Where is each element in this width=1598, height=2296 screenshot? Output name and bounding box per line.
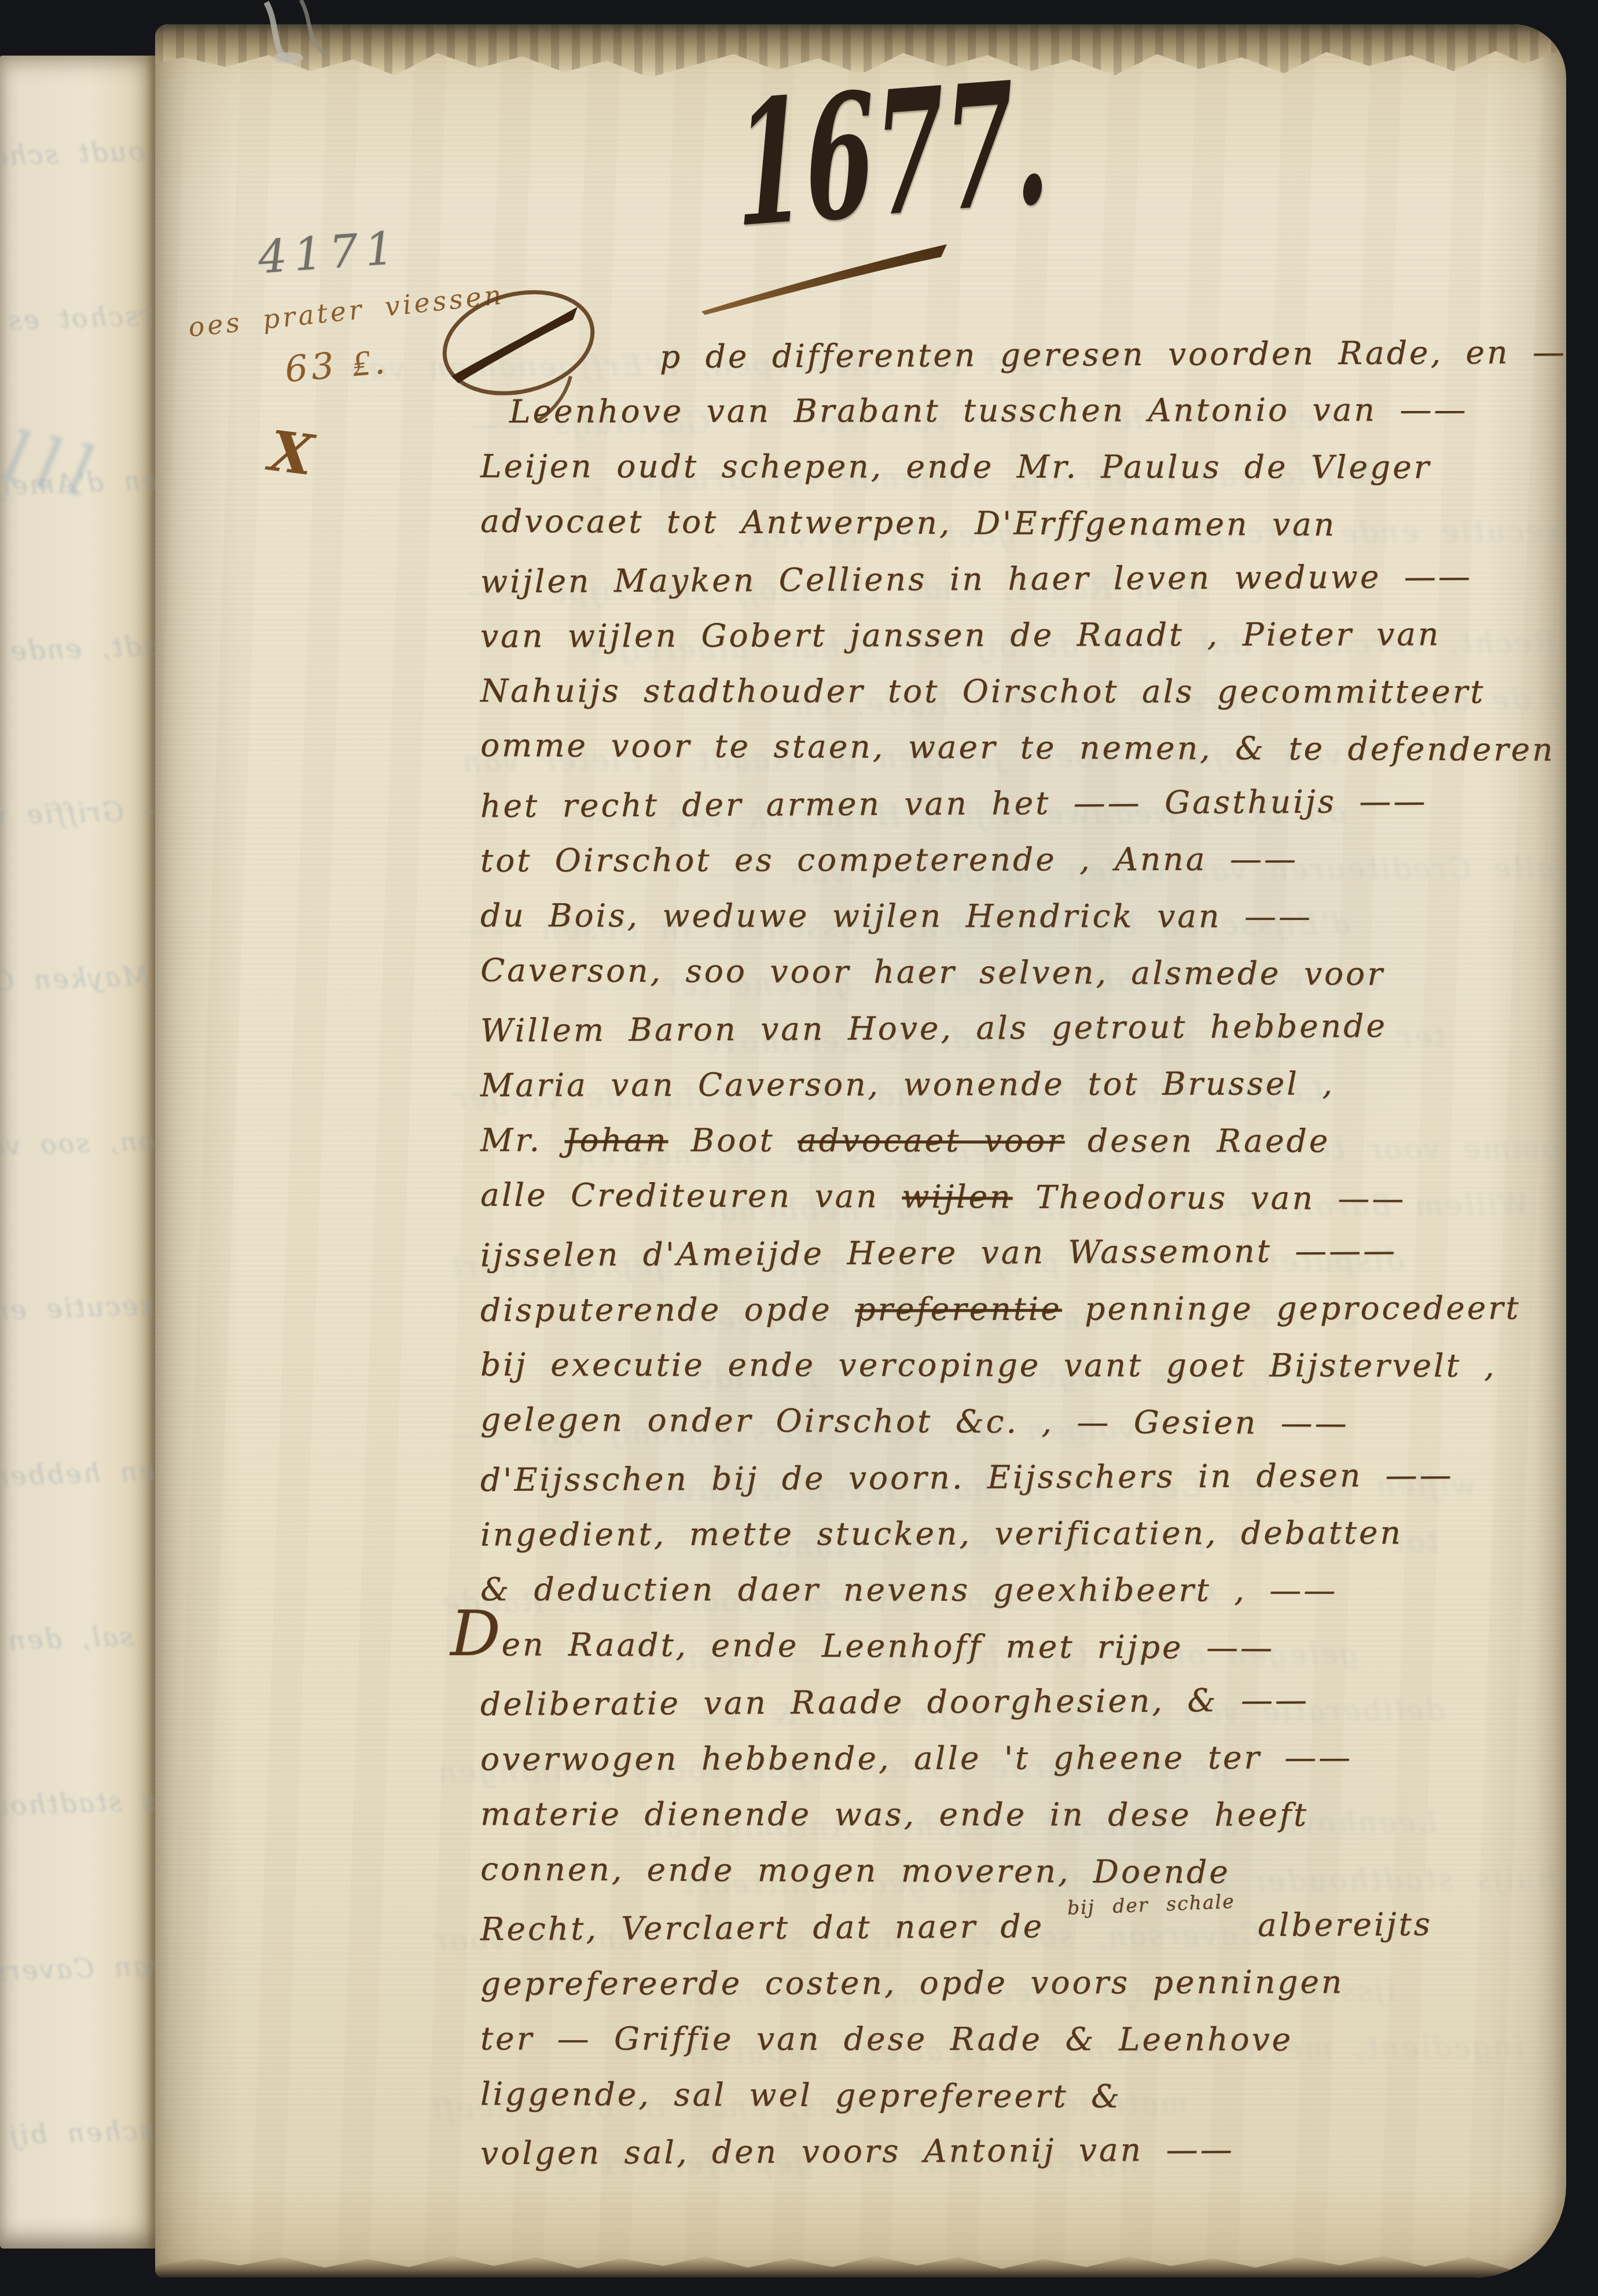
manuscript-line: Maria van Caverson, wonende tot Brussel …	[480, 1068, 1335, 1101]
line-text: Den Raadt, ende Leenhoff met rijpe ——	[450, 1626, 1274, 1666]
line-text: bij executie ende vercopinge vant goet B…	[480, 1346, 1497, 1384]
line-text: Nahuijs stadthouder tot Oirschot als gec…	[480, 672, 1485, 710]
line-text: ter — Griffie van dese Rade & Leenhove	[480, 2020, 1293, 2057]
manuscript-line: van wijlen Gobert janssen de Raadt , Pie…	[480, 618, 1441, 652]
line-text: wijlen Mayken Celliens in haer leven wed…	[480, 558, 1472, 600]
bleed-line: tot Oirschot es co	[0, 296, 157, 338]
left-page: Leijen oudt schepetot Oirschot es coijss…	[0, 56, 157, 2249]
line-text: geprefereerde costen, opde voors penning…	[480, 1963, 1344, 2002]
manuscript-line: connen, ende mogen moveren, Doende	[480, 1853, 1230, 1888]
manuscript-line: p de differenten geresen voorden Rade, e…	[660, 336, 1566, 373]
manuscript-line: ingedient, mette stucken, verificatien, …	[480, 1517, 1403, 1550]
binding-thread-icon	[232, 0, 440, 69]
bleed-line: bij executie ende	[0, 1287, 157, 1328]
manuscript-line: Den Raadt, ende Leenhoff met rijpe ——	[450, 1629, 1274, 1664]
line-text: connen, ende mogen moveren, Doende	[480, 1850, 1230, 1890]
line-text: Mr.	[480, 1121, 565, 1158]
interlinear-insertion: bij der schale	[1067, 1891, 1235, 1917]
manuscript-line: & deductien daer nevens geexhibeert , ——	[480, 1574, 1338, 1607]
struck-word: preferentie	[855, 1290, 1062, 1328]
manuscript-line: du Bois, weduwe wijlen Hendrick van ——	[480, 900, 1313, 933]
line-text: volgen sal, den voors Antonij van ——	[480, 2131, 1235, 2172]
bleed-line: Caverson, soo voor	[0, 1121, 157, 1163]
manuscript-line: d'Eijsschen bij de voorn. Eijsschers in …	[480, 1459, 1454, 1497]
manuscript-line: advocaet tot Antwerpen, D'Erffgenamen va…	[480, 505, 1336, 541]
line-text: deliberatie van Raade doorghesien, & ——	[480, 1681, 1309, 1722]
manuscript-line: Mr. Johan Boot advocaet voor desen Raede	[480, 1124, 1330, 1157]
manuscript-line: deliberatie van Raade doorghesien, & ——	[480, 1684, 1309, 1720]
line-text: omme voor te staen, waer te nemen, & te …	[480, 727, 1555, 768]
manuscript-line: Leenhove van Brabant tusschen Antonio va…	[509, 394, 1468, 427]
line-text: Theodorus van ——	[1012, 1179, 1406, 1217]
line-text: van wijlen Gobert janssen de Raadt , Pie…	[480, 615, 1441, 654]
line-text: Leenhove van Brabant tusschen Antonio va…	[509, 391, 1468, 430]
manuscript-line: bij executie ende vercopinge vant goet B…	[480, 1349, 1497, 1382]
line-text: alle Crediteuren van	[480, 1176, 902, 1215]
line-text: ijsselen d'Ameijde Heere van Wassemont —…	[480, 1232, 1398, 1274]
main-page: advocaet tot Antwerpen, D'Erffgenamen va…	[155, 24, 1566, 2277]
heading-underline-icon	[698, 241, 953, 316]
initial-o-flourish-icon	[426, 272, 617, 440]
manuscript-line: geprefereerde costen, opde voors penning…	[480, 1966, 1344, 2000]
manuscript-line: disputerende opde preferentie penninge g…	[480, 1292, 1521, 1326]
line-text: disputerende opde	[480, 1291, 855, 1329]
line-text: Leijen oudt schepen, ende Mr. Paulus de …	[480, 448, 1431, 486]
line-text: Maria van Caverson, wonende tot Brussel …	[480, 1065, 1335, 1103]
line-text: & deductien daer nevens geexhibeert , ——	[480, 1571, 1338, 1609]
bleed-line: wijlen Mayken Cell	[0, 956, 157, 998]
manuscript-line: gelegen onder Oirschot &c. , — Gesien ——	[480, 1404, 1349, 1439]
line-text: Boot	[668, 1122, 798, 1159]
line-text: Willem Baron van Hove, als getrout hebbe…	[480, 1007, 1387, 1049]
line-text: het recht der armen van het —— Gasthuijs…	[480, 783, 1428, 825]
line-text: materie dienende was, ende in dese heeft	[480, 1795, 1309, 1833]
line-text: ingedient, mette stucken, verificatien, …	[480, 1514, 1403, 1553]
manuscript-line: Recht, Verclaert dat naer de bij der sch…	[480, 1909, 1432, 1946]
line-text: liggende, sal wel geprefereert &	[480, 2075, 1122, 2115]
bleed-line: Maria van Caverson	[0, 1946, 157, 1988]
line-text: albereijts	[1235, 1906, 1432, 1944]
manuscript-line: materie dienende was, ende in dese heeft	[480, 1798, 1309, 1831]
line-text: tot Oirschot es competerende , Anna ——	[480, 841, 1298, 879]
scan-background: { "document": { "year_heading": "1677.",…	[0, 0, 1598, 2296]
manuscript-line: het recht der armen van het —— Gasthuijs…	[480, 786, 1428, 823]
struck-word: advocaet voor	[798, 1122, 1065, 1159]
manuscript-line: Nahuijs stadthouder tot Oirschot als gec…	[480, 675, 1485, 708]
bleed-line: Leijen oudt schepe	[0, 131, 157, 173]
manuscript-line: tot Oirschot es competerende , Anna ——	[480, 843, 1298, 877]
bleed-line: ter — Griffie van	[0, 792, 157, 833]
line-text: overwogen hebbende, alle 't gheene ter —…	[480, 1738, 1353, 1777]
struck-word: wijlen	[902, 1178, 1013, 1216]
bleed-line: d'Eijsschen bij de	[0, 2111, 157, 2152]
pencil-folio-number: 4171	[256, 222, 402, 284]
year-heading: 1677.	[734, 56, 1052, 250]
line-text: p de differenten geresen voorden Rade, e…	[660, 333, 1566, 376]
line-text: Caverson, soo voor haer selven, alsmede …	[480, 952, 1385, 993]
manuscript-line: overwogen hebbende, alle 't gheene ter —…	[480, 1741, 1353, 1775]
left-page-faint-marks: lll	[0, 417, 110, 516]
bleed-line: Nahuijs stadthoude	[0, 1781, 157, 1823]
line-text: advocaet tot Antwerpen, D'Erffgenamen va…	[480, 503, 1337, 543]
line-text: Recht, Verclaert dat naer de	[480, 1908, 1067, 1947]
line-text: penninge geprocedeert	[1062, 1289, 1521, 1327]
bleed-line: volgen sal, den vo	[0, 1616, 157, 1658]
margin-amount-note: 63 ₤.	[283, 339, 390, 391]
line-text: d'Eijsschen bij de voorn. Eijsschers in …	[480, 1457, 1454, 1499]
manuscript-line: alle Crediteuren van wijlen Theodorus va…	[480, 1179, 1406, 1215]
line-text: desen Raede	[1065, 1122, 1331, 1159]
manuscript-line: volgen sal, den voors Antonij van ——	[480, 2134, 1235, 2170]
manuscript-line: omme voor te staen, waer te nemen, & te …	[480, 729, 1555, 766]
manuscript-line: wijlen Mayken Celliens in haer leven wed…	[480, 561, 1472, 598]
manuscript-line: liggende, sal wel geprefereert &	[480, 2078, 1122, 2113]
manuscript-line: Caverson, soo voor haer selven, alsmede …	[480, 955, 1385, 991]
manuscript-line: ter — Griffie van dese Rade & Leenhove	[480, 2023, 1293, 2055]
bleed-line: Den Raadt, ende Le	[0, 626, 157, 668]
struck-word: Johan	[564, 1121, 668, 1158]
manuscript-line: Leijen oudt schepen, ende Mr. Paulus de …	[480, 450, 1431, 483]
margin-cross-mark: X	[266, 418, 317, 488]
line-text: du Bois, weduwe wijlen Hendrick van ——	[480, 897, 1313, 935]
manuscript-line: Willem Baron van Hove, als getrout hebbe…	[480, 1010, 1387, 1047]
manuscript-line: ijsselen d'Ameijde Heere van Wassemont —…	[480, 1235, 1398, 1271]
bleed-line: overwogen hebbende	[0, 1451, 157, 1494]
line-text: gelegen onder Oirschot &c. , — Gesien ——	[480, 1401, 1349, 1442]
